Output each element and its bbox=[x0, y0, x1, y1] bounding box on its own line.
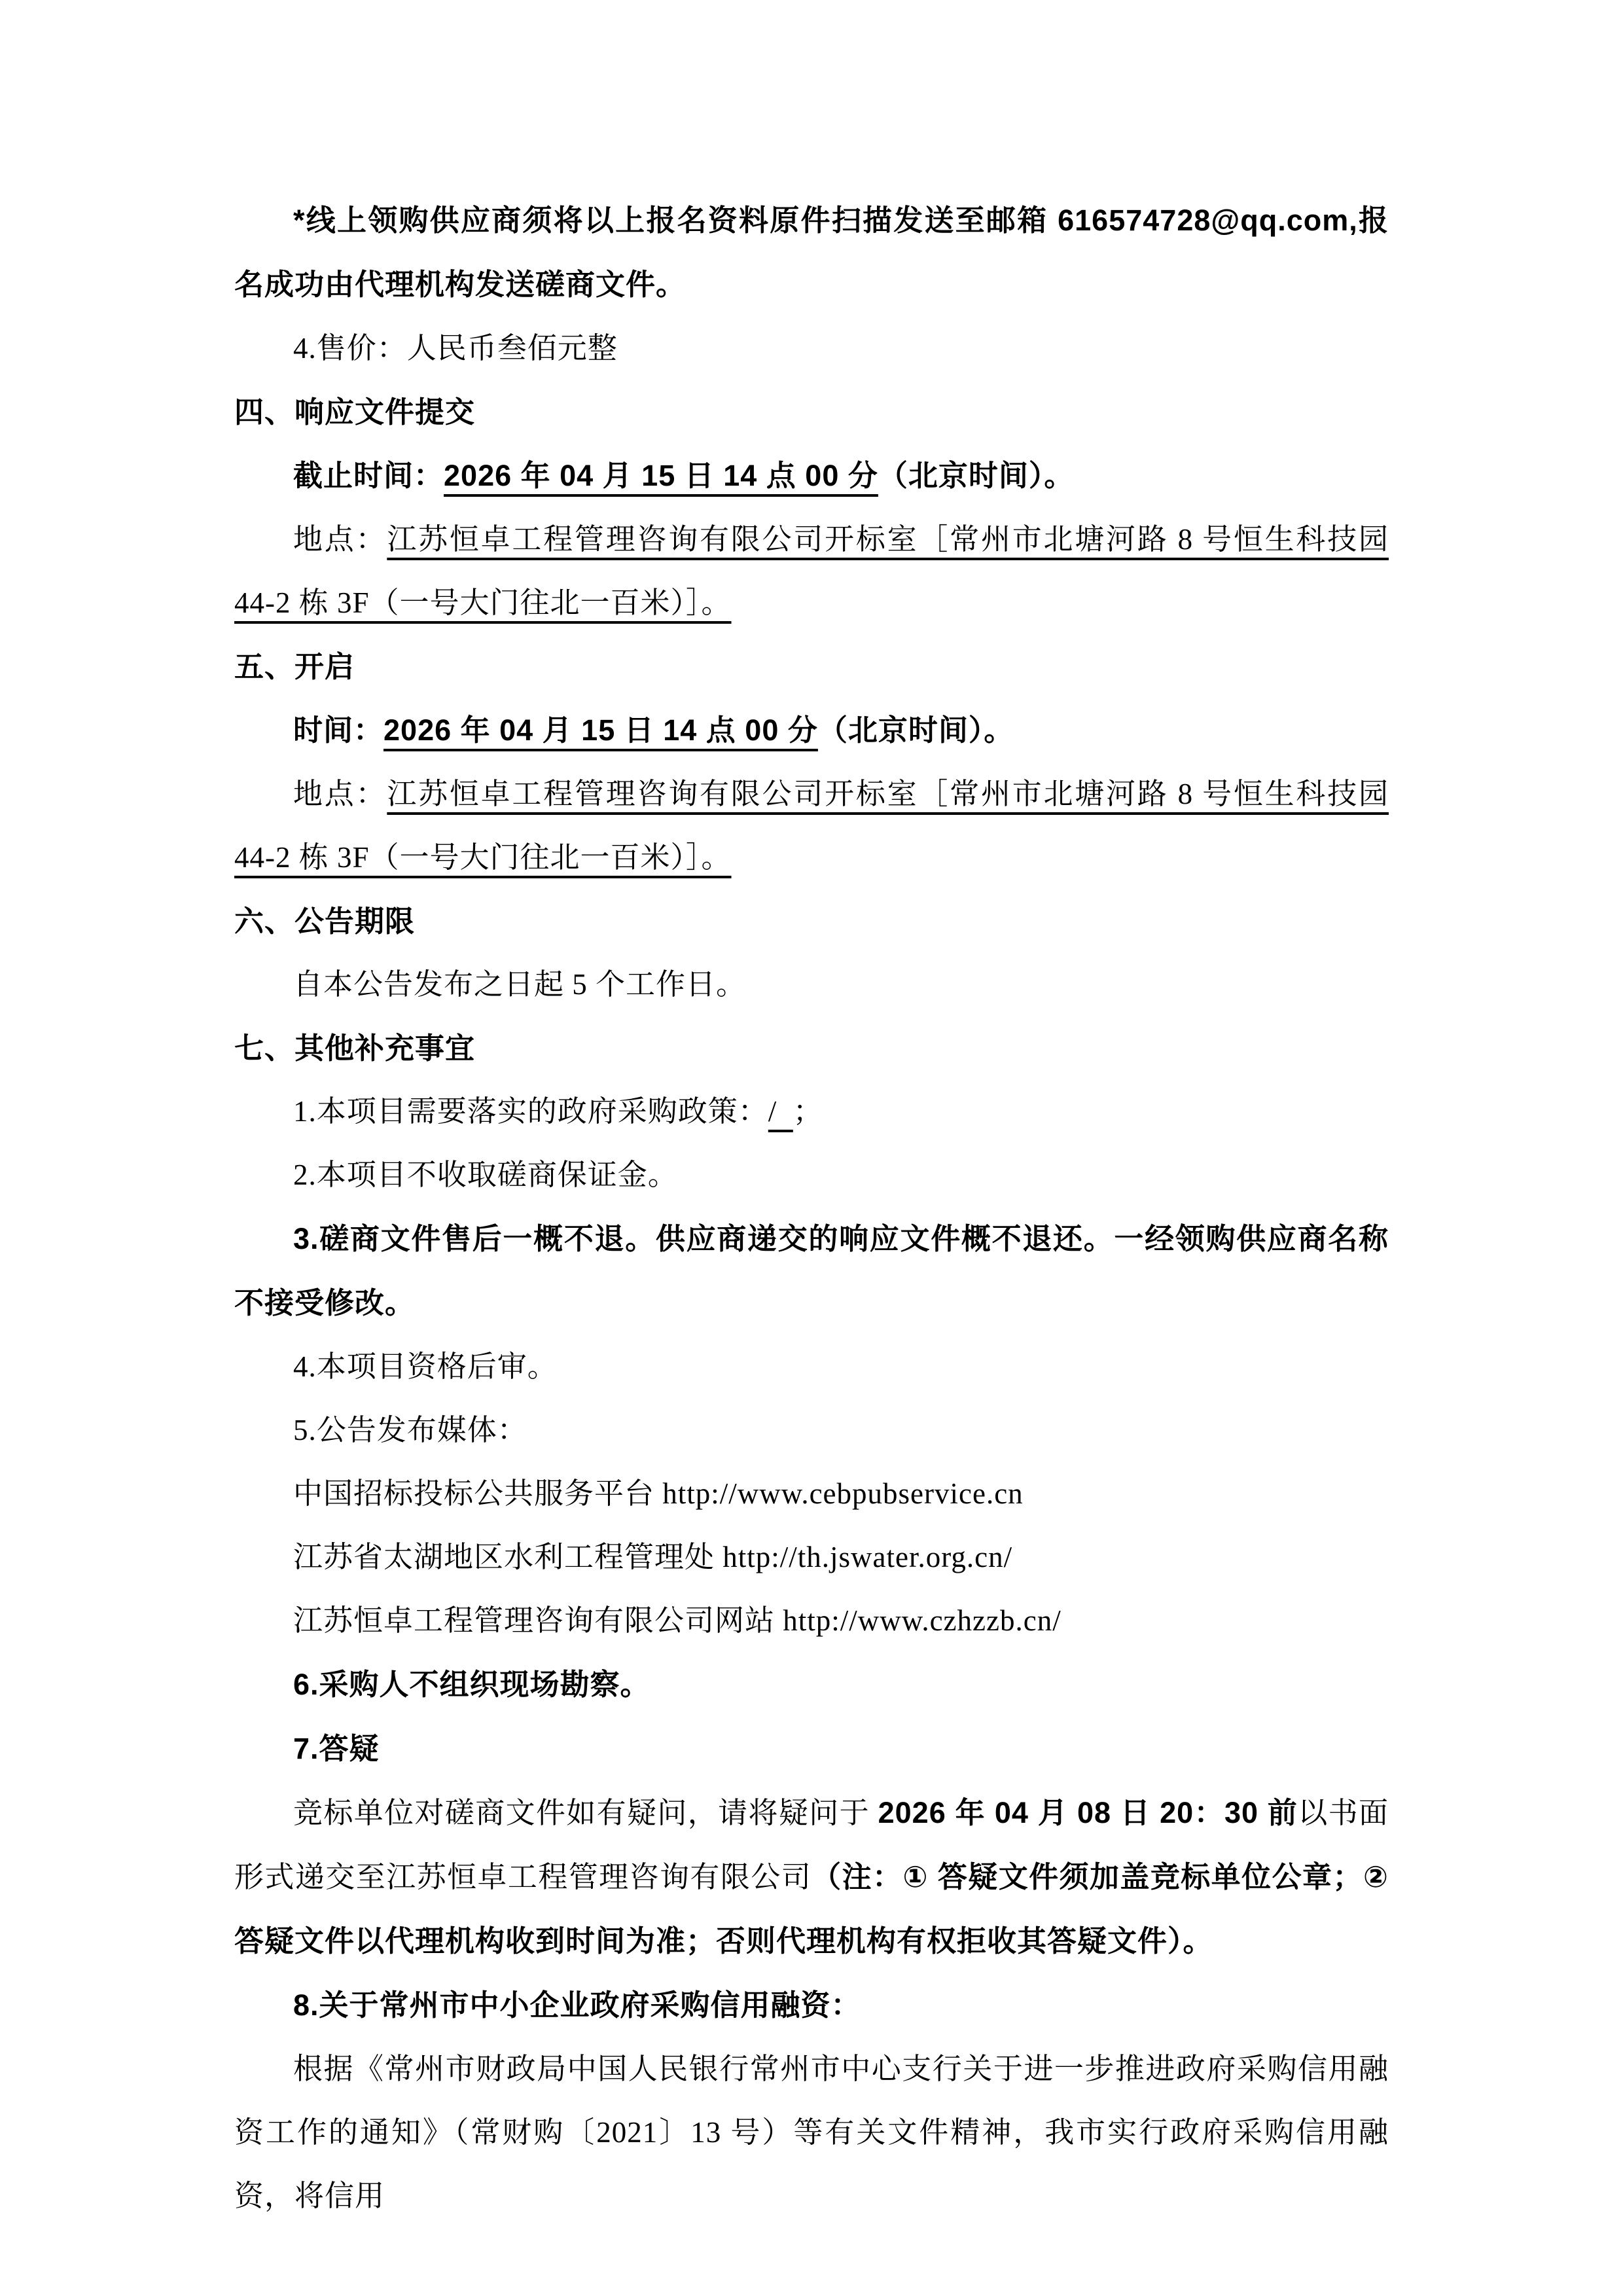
text-run: 五、开启 bbox=[234, 650, 355, 683]
text-run: ； bbox=[793, 1095, 823, 1128]
text-run: 2026 年 04 月 15 日 14 点 00 分 bbox=[383, 713, 818, 747]
text-run: 竞标单位对磋商文件如有疑问，请将疑问于 bbox=[293, 1797, 878, 1829]
text-run: 江苏恒卓工程管理咨询有限公司开标室［常州市北塘河路 8 号恒生科技园 44-2 … bbox=[234, 523, 1389, 619]
qa-detail: 竞标单位对磋商文件如有疑问，请将疑问于 2026 年 04 月 08 日 20：… bbox=[234, 1781, 1389, 1973]
submission-deadline: 截止时间：2026 年 04 月 15 日 14 点 00 分（北京时间）。 bbox=[234, 444, 1389, 508]
text-run: 2026 年 04 月 15 日 14 点 00 分 bbox=[444, 459, 878, 492]
media-jswater: 江苏省太湖地区水利工程管理处 http://th.jswater.org.cn/ bbox=[234, 1526, 1389, 1589]
item-4-price: 4.售价：人民币叁佰元整 bbox=[234, 317, 1389, 380]
text-run: 4.本项目资格后审。 bbox=[293, 1350, 558, 1383]
text-run: 2026 年 04 月 08 日 20：30 前 bbox=[878, 1796, 1298, 1829]
text-run: 江苏省太湖地区水利工程管理处 http://th.jswater.org.cn/ bbox=[293, 1541, 1012, 1573]
text-run: 时间： bbox=[293, 713, 383, 747]
section-4-heading: 四、响应文件提交 bbox=[234, 380, 1389, 444]
text-run: 四、响应文件提交 bbox=[234, 395, 475, 429]
text-run: 六、公告期限 bbox=[234, 905, 415, 938]
text-run: 1.本项目需要落实的政府采购政策： bbox=[293, 1095, 768, 1128]
note-online-registration: *线上领购供应商须将以上报名资料原件扫描发送至邮箱 616574728@qq.c… bbox=[234, 188, 1389, 317]
section-5-heading: 五、开启 bbox=[234, 635, 1389, 698]
document-body: *线上领购供应商须将以上报名资料原件扫描发送至邮箱 616574728@qq.c… bbox=[234, 188, 1389, 2228]
text-run: 自本公告发布之日起 5 个工作日。 bbox=[293, 968, 746, 1001]
text-run: 3.磋商文件售后一概不退。供应商递交的响应文件概不退还。一经领购供应商名称不接受… bbox=[234, 1222, 1389, 1319]
text-run: 地点： bbox=[293, 778, 387, 810]
opening-location: 地点：江苏恒卓工程管理咨询有限公司开标室［常州市北塘河路 8 号恒生科技园 44… bbox=[234, 762, 1389, 889]
text-run: （北京时间）。 bbox=[818, 713, 1014, 747]
opening-time: 时间：2026 年 04 月 15 日 14 点 00 分（北京时间）。 bbox=[234, 698, 1389, 762]
text-run: 4.售价：人民币叁佰元整 bbox=[293, 332, 618, 365]
credit-financing-detail: 根据《常州市财政局中国人民银行常州市中心支行关于进一步推进政府采购信用融资工作的… bbox=[234, 2037, 1389, 2228]
item-8-credit-financing-heading: 8.关于常州市中小企业政府采购信用融资： bbox=[234, 1973, 1389, 2037]
item-4-post-qualification: 4.本项目资格后审。 bbox=[234, 1335, 1389, 1399]
text-run: 地点： bbox=[293, 523, 387, 556]
text-run: 根据《常州市财政局中国人民银行常州市中心支行关于进一步推进政府采购信用融资工作的… bbox=[234, 2053, 1389, 2212]
text-run: 中国招标投标公共服务平台 http://www.cebpubservice.cn bbox=[293, 1477, 1024, 1510]
text-run: 七、其他补充事宜 bbox=[234, 1031, 475, 1065]
text-run: 7.答疑 bbox=[293, 1732, 380, 1765]
text-run: 5.公告发布媒体： bbox=[293, 1414, 527, 1446]
item-2-deposit: 2.本项目不收取磋商保证金。 bbox=[234, 1143, 1389, 1207]
text-run: 江苏恒卓工程管理咨询有限公司开标室［常州市北塘河路 8 号恒生科技园 44-2 … bbox=[234, 778, 1389, 874]
media-cebpubservice: 中国招标投标公共服务平台 http://www.cebpubservice.cn bbox=[234, 1462, 1389, 1526]
section-7-heading: 七、其他补充事宜 bbox=[234, 1016, 1389, 1080]
item-3-no-refund: 3.磋商文件售后一概不退。供应商递交的响应文件概不退还。一经领购供应商名称不接受… bbox=[234, 1207, 1389, 1335]
text-run: 6.采购人不组织现场勘察。 bbox=[293, 1668, 651, 1701]
media-czhzzb: 江苏恒卓工程管理咨询有限公司网站 http://www.czhzzb.cn/ bbox=[234, 1589, 1389, 1653]
announcement-period: 自本公告发布之日起 5 个工作日。 bbox=[234, 953, 1389, 1016]
submission-location: 地点：江苏恒卓工程管理咨询有限公司开标室［常州市北塘河路 8 号恒生科技园 44… bbox=[234, 508, 1389, 635]
item-5-media: 5.公告发布媒体： bbox=[234, 1399, 1389, 1462]
text-run: 江苏恒卓工程管理咨询有限公司网站 http://www.czhzzb.cn/ bbox=[293, 1604, 1061, 1637]
text-run: *线上领购供应商须将以上报名资料原件扫描发送至邮箱 616574728@qq.c… bbox=[234, 204, 1389, 301]
item-6-site-survey: 6.采购人不组织现场勘察。 bbox=[234, 1653, 1389, 1717]
text-run: （北京时间）。 bbox=[878, 459, 1075, 492]
item-7-qa-heading: 7.答疑 bbox=[234, 1717, 1389, 1781]
text-run: 2.本项目不收取磋商保证金。 bbox=[293, 1158, 678, 1191]
item-1-policy: 1.本项目需要落实的政府采购政策：/ ； bbox=[234, 1080, 1389, 1143]
text-run: / bbox=[768, 1095, 793, 1128]
document-page: *线上领购供应商须将以上报名资料原件扫描发送至邮箱 616574728@qq.c… bbox=[0, 0, 1623, 2296]
text-run: 截止时间： bbox=[293, 459, 444, 492]
section-6-heading: 六、公告期限 bbox=[234, 889, 1389, 953]
text-run: 8.关于常州市中小企业政府采购信用融资： bbox=[293, 1988, 861, 2022]
